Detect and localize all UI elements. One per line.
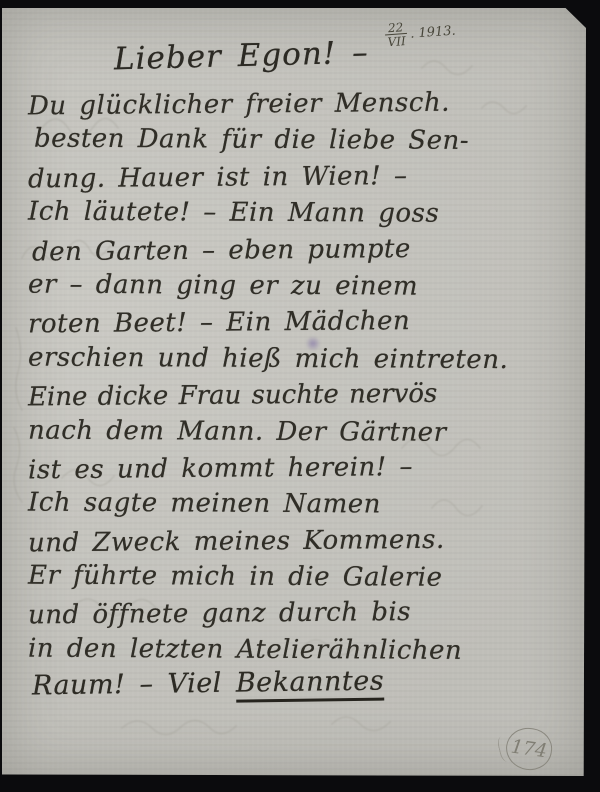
letter-line: nach dem Mann. Der Gärtner bbox=[28, 412, 574, 451]
letter-line: Ich sagte meinen Namen bbox=[28, 485, 574, 524]
closing-text: Raum! – Viel bbox=[32, 668, 222, 702]
letter-line: und Zweck meines Kommens. bbox=[28, 520, 574, 561]
letter-date: 22 VII . 1913. bbox=[385, 18, 457, 49]
letter-line: den Garten – eben pumpte bbox=[28, 229, 574, 270]
letter-line: roten Beet! – Ein Mädchen bbox=[28, 302, 574, 343]
letter-line: erschien und hieß mich eintreten. bbox=[28, 339, 574, 378]
date-year: . 1913. bbox=[410, 23, 456, 41]
closing-underlined-word: Bekanntes bbox=[236, 666, 385, 703]
letter-line: Eine dicke Frau suchte nervös bbox=[28, 375, 574, 416]
letter-line: in den letzten Atelierähnlichen bbox=[28, 630, 574, 669]
letter-line: Er führte mich in die Galerie bbox=[28, 558, 574, 597]
letter-page: 22 VII . 1913. Lieber Egon! – Du glückli… bbox=[2, 8, 586, 776]
letter-body: Du glücklicher freier Mensch. besten Dan… bbox=[28, 86, 574, 668]
page-number: 174 bbox=[510, 736, 549, 763]
date-month: VII bbox=[385, 33, 408, 49]
letter-line: dung. Hauer ist in Wien! – bbox=[28, 156, 574, 197]
letter-line: ist es und kommt herein! – bbox=[28, 448, 574, 489]
letter-line: er – dann ging er zu einem bbox=[28, 267, 574, 306]
letter-line: besten Dank für die liebe Sen- bbox=[28, 121, 574, 160]
date-day-month-fraction: 22 VII bbox=[385, 21, 409, 48]
letter-line: und öffnete ganz durch bis bbox=[28, 593, 574, 634]
salutation: Lieber Egon! – bbox=[114, 35, 369, 78]
letter-line: Ich läutete! – Ein Mann goss bbox=[28, 194, 574, 233]
closing-line: Raum! – VielBekanntes bbox=[32, 666, 384, 702]
letter-line: Du glücklicher freier Mensch. bbox=[28, 84, 574, 125]
scanned-letter: 22 VII . 1913. Lieber Egon! – Du glückli… bbox=[0, 0, 600, 792]
